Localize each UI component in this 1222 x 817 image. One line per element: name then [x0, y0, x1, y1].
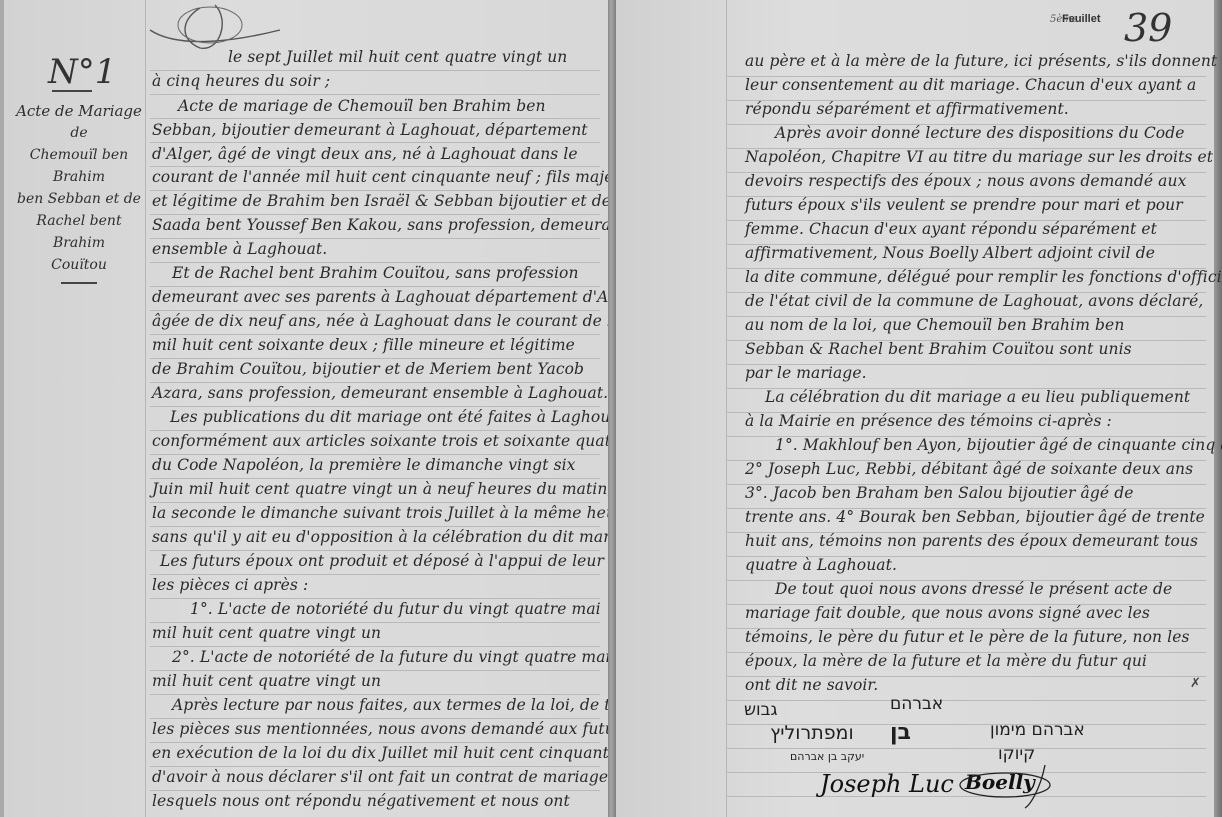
ruled-line	[150, 598, 600, 599]
text-line: trente ans. 4° Bourak ben Sebban, bijout…	[745, 508, 1205, 526]
margin-title-line: de	[14, 122, 144, 144]
text-line: le sept Juillet mil huit cent quatre vin…	[228, 48, 567, 66]
ruled-line	[150, 262, 600, 263]
text-line: conformément aux articles soixante trois…	[152, 432, 608, 450]
latin-signature: Joseph Luc	[820, 770, 954, 798]
text-line: par le mariage.	[745, 364, 867, 382]
left-page: N°1 Acte de Mariage de Chemouïl ben Brah…	[0, 0, 608, 817]
text-line: âgée de dix neuf ans, née à Laghouat dan…	[152, 312, 608, 330]
text-line: quatre à Laghouat.	[745, 556, 897, 574]
ruled-line	[150, 190, 600, 191]
ruled-line	[150, 742, 600, 743]
text-line: courant de l'année mil huit cent cinquan…	[152, 168, 608, 186]
text-line: de Brahim Couïtou, bijoutier et de Merie…	[152, 360, 584, 378]
hebrew-signature: אברהם	[890, 694, 943, 714]
text-line: Après lecture par nous faites, aux terme…	[172, 696, 608, 714]
text-line: Les futurs époux ont produit et déposé à…	[160, 552, 608, 570]
ruled-line	[150, 70, 600, 71]
ruled-line	[150, 238, 600, 239]
text-line: 1°. Makhlouf ben Ayon, bijoutier âgé de …	[775, 436, 1222, 454]
text-line: lesquels nous ont répondu négativement e…	[152, 792, 570, 810]
margin-title-line: Couïtou	[14, 254, 144, 276]
ruled-line	[726, 748, 1206, 749]
ruled-line	[150, 118, 600, 119]
text-line: Les publications du dit mariage ont été …	[170, 408, 608, 426]
ruled-line	[150, 526, 600, 527]
acte-number-underline	[52, 90, 92, 92]
ruled-line	[150, 790, 600, 791]
text-line: la dite commune, délégué pour remplir le…	[745, 268, 1222, 286]
ruled-line	[150, 286, 600, 287]
sheet-label: Feuillet	[1062, 13, 1101, 25]
ruled-line	[150, 406, 600, 407]
text-line: la seconde le dimanche suivant trois Jui…	[152, 504, 608, 522]
text-line: Sebban & Rachel bent Brahim Couïtou sont…	[745, 340, 1132, 358]
text-line: 2°. L'acte de notoriété de la future du …	[172, 648, 608, 666]
folio-number: 39	[1124, 6, 1172, 50]
text-line: 2° Joseph Luc, Rebbi, débitant âgé de so…	[745, 460, 1193, 478]
ruled-line	[150, 718, 600, 719]
ruled-line	[150, 310, 600, 311]
margin-separator	[61, 282, 97, 284]
text-line: Azara, sans profession, demeurant ensemb…	[152, 384, 608, 402]
ruled-line	[150, 214, 600, 215]
text-line: affirmativement, Nous Boelly Albert adjo…	[745, 244, 1155, 262]
ruled-line	[150, 478, 600, 479]
ruled-line	[150, 166, 600, 167]
ruled-line	[150, 502, 600, 503]
margin-title-line: Rachel bent Brahim	[14, 210, 144, 254]
paraph-flourish-icon	[955, 760, 1065, 810]
hebrew-signature: בן	[890, 720, 911, 745]
ruled-line	[150, 142, 600, 143]
hebrew-signature: ומפתרוליץ	[770, 722, 854, 744]
ruled-line	[150, 550, 600, 551]
text-line: Saada bent Youssef Ben Kakou, sans profe…	[152, 216, 608, 234]
text-line: et légitime de Brahim ben Israël & Sebba…	[152, 192, 608, 210]
end-mark: ✗	[1190, 676, 1201, 691]
text-line: du Code Napoléon, la première le dimanch…	[152, 456, 576, 474]
acte-number: N°1	[48, 52, 116, 92]
margin-title-line: Acte de Mariage	[14, 100, 144, 122]
margin-title-line: ben Sebban et de	[14, 188, 144, 210]
ruled-line	[150, 766, 600, 767]
text-line: Sebban, bijoutier demeurant à Laghouat, …	[152, 121, 588, 139]
ruled-line	[150, 670, 600, 671]
ruled-line	[150, 454, 600, 455]
text-line: de l'état civil de la commune de Laghoua…	[745, 292, 1203, 310]
hebrew-signature: גבוש	[744, 700, 778, 720]
text-line: Après avoir donné lecture des dispositio…	[775, 124, 1185, 142]
text-line: futurs époux s'ils veulent se prendre po…	[745, 196, 1183, 214]
text-line: au père et à la mère de la future, ici p…	[745, 52, 1217, 70]
text-line: femme. Chacun d'eux ayant répondu séparé…	[745, 220, 1157, 238]
text-line: demeurant avec ses parents à Laghouat dé…	[152, 288, 608, 306]
margin-title: Acte de Mariage de Chemouïl ben Brahim b…	[14, 100, 144, 284]
register-spread: N°1 Acte de Mariage de Chemouïl ben Brah…	[0, 0, 1222, 817]
ruled-line	[150, 94, 600, 95]
ruled-line	[150, 334, 600, 335]
text-line: La célébration du dit mariage a eu lieu …	[765, 388, 1190, 406]
text-line: témoins, le père du futur et le père de …	[745, 628, 1190, 646]
text-line: d'Alger, âgé de vingt deux ans, né à Lag…	[152, 145, 578, 163]
text-line: au nom de la loi, que Chemouïl ben Brahi…	[745, 316, 1124, 334]
text-line: ont dit ne savoir.	[745, 676, 878, 694]
text-line: Acte de mariage de Chemouïl ben Brahim b…	[178, 97, 546, 115]
margin-rule	[145, 0, 146, 817]
ruled-line	[150, 382, 600, 383]
text-line: à cinq heures du soir ;	[152, 72, 330, 90]
text-line: huit ans, témoins non parents des époux …	[745, 532, 1198, 550]
text-line: les pièces ci après :	[152, 576, 308, 594]
hebrew-signature: יעקב בן אברהם	[790, 750, 864, 763]
text-line: 3°. Jacob ben Braham ben Salou bijoutier…	[745, 484, 1134, 502]
ruled-line	[150, 646, 600, 647]
text-line: d'avoir à nous déclarer s'il ont fait un…	[152, 768, 608, 786]
ruled-line	[150, 430, 600, 431]
text-line: époux, la mère de la future et la mère d…	[745, 652, 1147, 670]
text-line: ensemble à Laghouat.	[152, 240, 327, 258]
text-line: mil huit cent soixante deux ; fille mine…	[152, 336, 575, 354]
text-line: mariage fait double, que nous avons sign…	[745, 604, 1150, 622]
text-line: De tout quoi nous avons dressé le présen…	[775, 580, 1172, 598]
margin-rule	[726, 0, 727, 817]
text-line: sans qu'il y ait eu d'opposition à la cé…	[152, 528, 608, 546]
ruled-line	[150, 694, 600, 695]
page-edge	[1214, 0, 1222, 817]
ruled-line	[726, 700, 1206, 701]
text-line: leur consentement au dit mariage. Chacun…	[745, 76, 1196, 94]
text-line: Et de Rachel bent Brahim Couïtou, sans p…	[172, 264, 579, 282]
hebrew-signature: אברהם מימון	[990, 720, 1085, 740]
book-gutter	[608, 0, 616, 817]
ruled-line	[150, 358, 600, 359]
ruled-line	[150, 622, 600, 623]
text-line: mil huit cent quatre vingt un	[152, 672, 381, 690]
text-line: les pièces sus mentionnées, nous avons d…	[152, 720, 608, 738]
text-line: à la Mairie en présence des témoins ci-a…	[745, 412, 1112, 430]
ruled-line	[150, 574, 600, 575]
text-line: devoirs respectifs des époux ; nous avon…	[745, 172, 1186, 190]
page-edge	[0, 0, 4, 817]
margin-title-line: Chemouïl ben Brahim	[14, 144, 144, 188]
text-line: Juin mil huit cent quatre vingt un à neu…	[152, 480, 608, 498]
text-line: Napoléon, Chapitre VI au titre du mariag…	[745, 148, 1213, 166]
text-line: 1°. L'acte de notoriété du futur du ving…	[190, 600, 601, 618]
text-line: répondu séparément et affirmativement.	[745, 100, 1069, 118]
text-line: mil huit cent quatre vingt un	[152, 624, 381, 642]
text-line: en exécution de la loi du dix Juillet mi…	[152, 744, 608, 762]
